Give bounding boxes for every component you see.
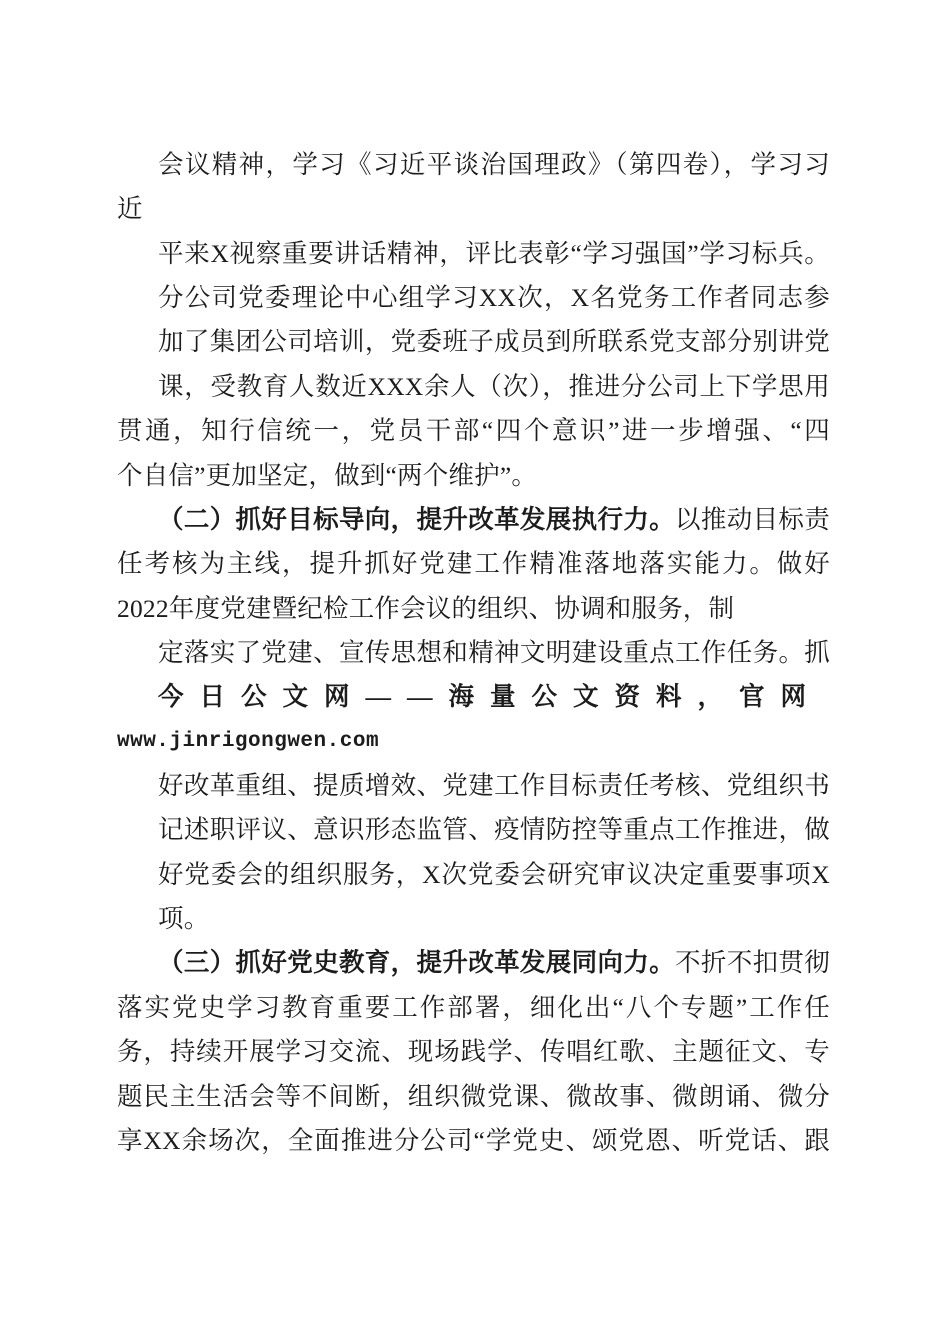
doc-line: 会议精神，学习《习近平谈治国理政》（第四卷），学习习 — [158, 143, 830, 187]
doc-line: 项。 — [158, 897, 830, 941]
doc-line: 分公司党委理论中心组学习XX次，X名党务工作者同志参 — [158, 276, 830, 320]
doc-line: 务，持续开展学习交流、现场践学、传唱红歌、主题征文、专 — [117, 1030, 830, 1074]
doc-line: 加了集团公司培训，党委班子成员到所联系党支部分别讲党 — [158, 320, 830, 364]
doc-line: 好党委会的组织服务，X次党委会研究审议决定重要事项X — [158, 853, 830, 897]
promo-line: 今日公文网——海量公文资料，官网 — [158, 675, 830, 719]
doc-line: 2022年度党建暨纪检工作会议的组织、协调和服务，制 — [117, 587, 830, 631]
doc-line: 近 — [117, 187, 830, 231]
doc-line: 好改革重组、提质增效、党建工作目标责任考核、党组织书 — [158, 764, 830, 808]
doc-line: 定落实了党建、宣传思想和精神文明建设重点工作任务。抓 — [158, 631, 830, 675]
doc-line: 题民主生活会等不间断，组织微党课、微故事、微朗诵、微分 — [117, 1075, 830, 1119]
doc-line-text: 以推动目标责 — [675, 505, 830, 534]
doc-line: 贯通，知行信统一，党员干部“四个意识”进一步增强、“四 — [117, 409, 830, 453]
doc-line: 享XX余场次，全面推进分公司“学党史、颂党恩、听党话、跟 — [117, 1119, 830, 1163]
doc-line: 课，受教育人数近XXX余人（次），推进分公司上下学思用 — [158, 365, 830, 409]
doc-line: 任考核为主线，提升抓好党建工作精准落地落实能力。做好 — [117, 542, 830, 586]
doc-line section-heading-2: （二）抓好目标导向，提升改革发展执行力。以推动目标责 — [158, 498, 830, 542]
doc-line section-heading-3: （三）抓好党史教育，提升改革发展同向力。不折不扣贯彻 — [158, 941, 830, 985]
doc-line: 记述职评议、意识形态监管、疫情防控等重点工作推进，做 — [158, 808, 830, 852]
doc-line-text: 不折不扣贯彻 — [675, 948, 830, 977]
section-heading-text: （三）抓好党史教育，提升改革发展同向力。 — [158, 948, 675, 977]
doc-line: 个自信”更加坚定，做到“两个维护”。 — [117, 454, 830, 498]
document-page: 会议精神，学习《习近平谈治国理政》（第四卷），学习习 近 平来X视察重要讲话精神… — [0, 0, 950, 1344]
doc-line: 平来X视察重要讲话精神，评比表彰“学习强国”学习标兵。 — [158, 232, 830, 276]
doc-line: 落实党史学习教育重要工作部署，细化出“八个专题”工作任 — [117, 986, 830, 1030]
site-url: www.jinrigongwen.com — [117, 720, 830, 764]
document-body: 会议精神，学习《习近平谈治国理政》（第四卷），学习习 近 平来X视察重要讲话精神… — [0, 143, 950, 1163]
section-heading-text: （二）抓好目标导向，提升改革发展执行力。 — [158, 505, 675, 534]
